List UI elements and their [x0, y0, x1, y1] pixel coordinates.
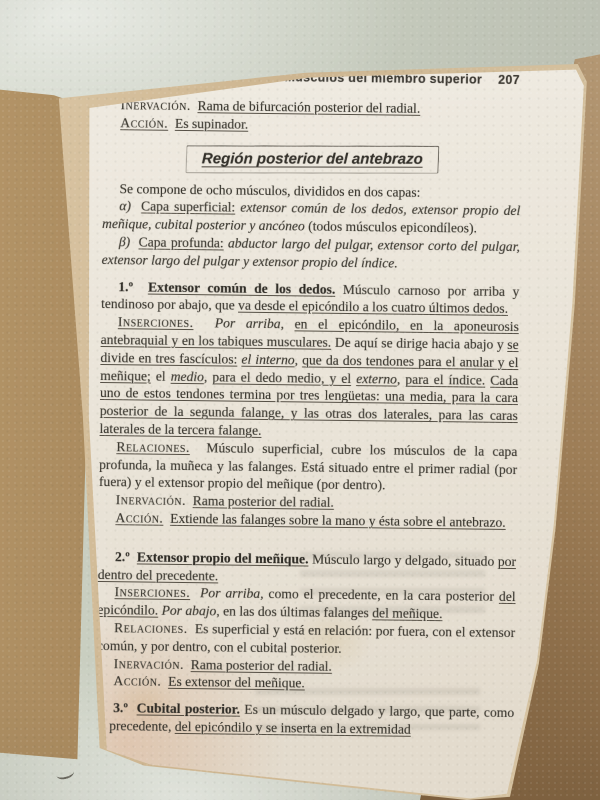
text-segment: Inervación.: [114, 656, 184, 672]
paragraph: Acción. Es supinador.: [103, 114, 521, 137]
text-segment: del meñique.: [372, 605, 442, 621]
pen-squiggle-mark: [55, 766, 75, 781]
paragraph: 2.º Extensor propio del meñique. Músculo…: [98, 548, 516, 589]
page-text: Inervación. Rama de bifurcación posterio…: [96, 96, 522, 740]
text-segment: Acción.: [113, 673, 161, 689]
text-segment: Acción.: [120, 115, 168, 131]
text-segment: Rama posterior del radial.: [193, 493, 334, 510]
text-segment: Extensor propio del meñique.: [137, 549, 309, 566]
text-segment: Extiende las falanges sobre la mano y és…: [170, 511, 506, 530]
text-segment: Cubital posterior.: [137, 701, 240, 717]
paragraph: 3.º Cubital posterior. Es un músculo del…: [96, 699, 514, 740]
text-segment: Es supinador.: [175, 116, 248, 132]
paragraph: Relaciones. Es superficial y está en rel…: [97, 619, 515, 660]
paragraph: 1.º Extensor común de los dedos. Músculo…: [101, 278, 519, 319]
text-segment: externo: [356, 371, 397, 386]
section-heading-box: Región posterior del antebrazo: [185, 145, 439, 173]
text-segment: para el índice.: [405, 371, 485, 387]
text-segment: Extensor común de los dedos.: [148, 279, 335, 296]
text-segment: [193, 315, 214, 330]
text-segment: 2.º: [115, 549, 137, 564]
section-heading-title: Región posterior del antebrazo: [201, 150, 422, 167]
text-segment: Rama posterior del radial.: [191, 657, 332, 674]
text-segment: el interno: [241, 351, 294, 367]
book-page-photo: Músculos del miembro superior207 Inervac…: [0, 0, 600, 800]
paragraph: Inserciones. Por arriba, como el precede…: [97, 583, 515, 624]
text-segment: Relaciones.: [116, 439, 190, 455]
page-text-column: Músculos del miembro superior207 Inervac…: [96, 68, 522, 740]
text-segment: α): [119, 199, 141, 214]
text-segment: Por abajo: [161, 603, 216, 619]
text-segment: β): [119, 234, 139, 249]
paragraph: Relaciones. Músculo superficial, cubre l…: [99, 438, 518, 496]
paragraph: Acción. Extiende las falanges sobre la m…: [98, 509, 516, 532]
text-segment: Se compone de ocho músculos, divididos e…: [119, 181, 420, 200]
text-segment: [190, 585, 200, 600]
text-segment: Por arriba: [200, 586, 260, 602]
text-segment: Rama de bifurcación posterior del radial…: [197, 98, 420, 116]
text-segment: el: [151, 368, 171, 383]
text-segment: Inserciones.: [118, 314, 194, 330]
text-segment: Músculo largo y delgado, situado: [308, 551, 498, 568]
paragraph: β) Capa profunda: abductor largo del pul…: [102, 233, 520, 274]
page-number: 207: [498, 73, 520, 87]
text-segment: Por arriba: [215, 316, 281, 332]
text-segment: Inervación.: [116, 492, 186, 508]
text-segment: Capa superficial:: [141, 199, 235, 215]
text-segment: Capa profunda:: [139, 234, 224, 250]
paragraph: α) Capa superficial: extensor común de l…: [102, 197, 520, 238]
text-segment: 1.º: [118, 279, 148, 294]
paragraph: Inserciones. Por arriba, en el epicóndil…: [99, 313, 518, 443]
text-segment: Inserciones.: [115, 584, 191, 600]
text-segment: Es extensor del meñique.: [168, 674, 305, 691]
text-segment: ,: [280, 316, 294, 331]
text-segment: Acción.: [115, 510, 163, 526]
text-segment: medio: [171, 368, 204, 383]
text-segment: , como el precedente, en la cara posteri…: [260, 586, 499, 604]
paragraph: Acción. Es extensor del meñique.: [96, 672, 514, 695]
book-page: Músculos del miembro superior207 Inervac…: [0, 0, 600, 800]
text-segment: va desde el epicóndilo a los cuatro últi…: [238, 298, 508, 316]
text-segment: para el dedo medio, y el: [212, 369, 351, 386]
text-segment: Relaciones.: [114, 620, 188, 636]
text-segment: 3.º: [113, 700, 137, 715]
text-segment: del epicóndilo y se inserta en la extrem…: [175, 719, 411, 737]
text-segment: , en las dos últimas falanges: [216, 604, 372, 621]
text-segment: De aquí se dirige hacia abajo y: [331, 335, 507, 352]
text-segment: (todos músculos epicondíleos).: [305, 219, 477, 236]
